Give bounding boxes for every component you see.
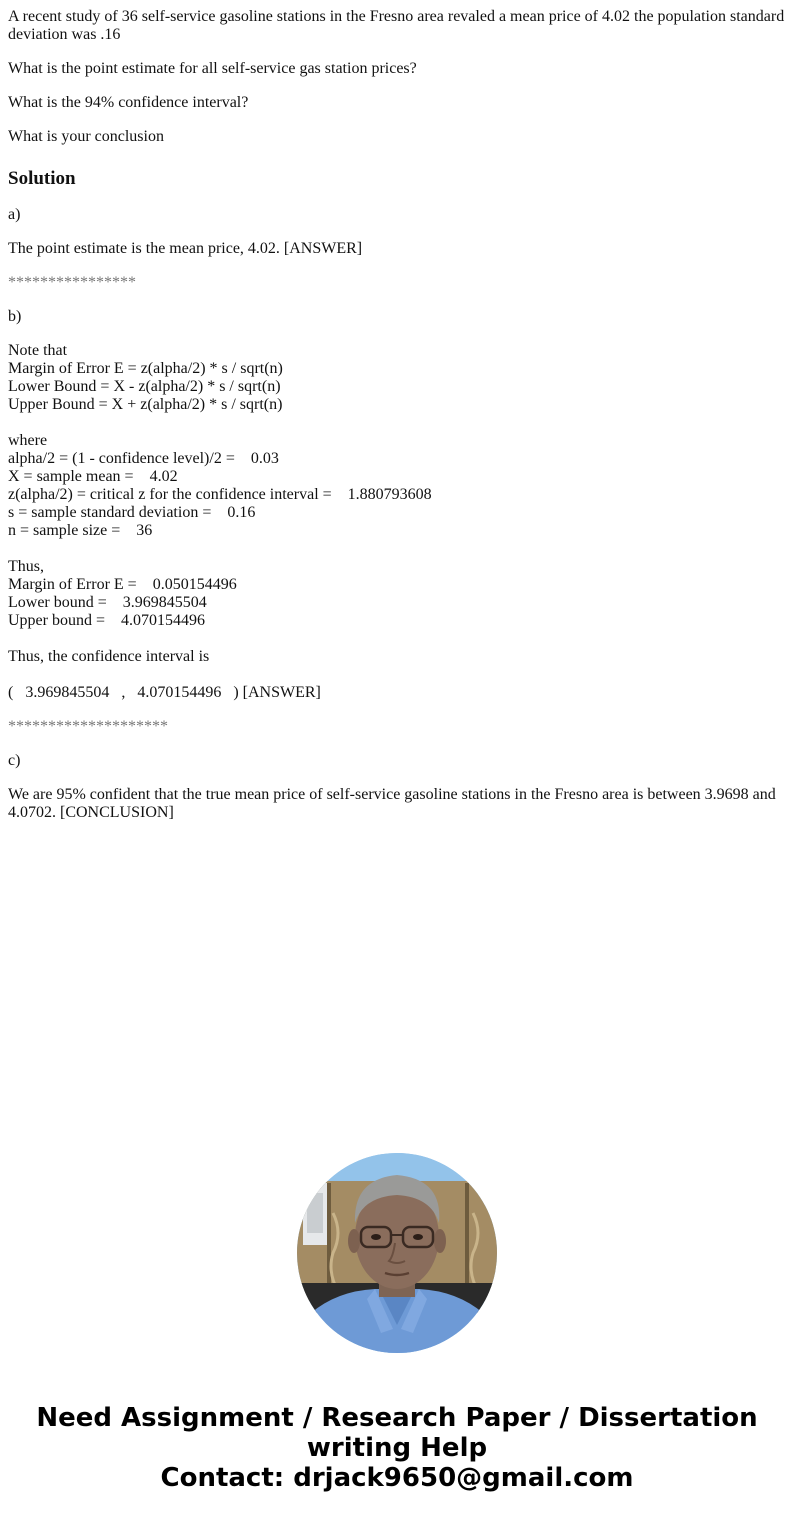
question-confidence-interval: What is the 94% confidence interval? (8, 94, 786, 112)
author-avatar (297, 1153, 497, 1353)
definition-line: n = sample size = 36 (8, 522, 786, 540)
separator: ******************** (8, 718, 786, 736)
definition-line: X = sample mean = 4.02 (8, 468, 786, 486)
results-block: Thus, Margin of Error E = 0.050154496 Lo… (8, 558, 786, 630)
promo-contact: Contact: drjack9650@gmail.com (0, 1463, 794, 1493)
solution-part-b: b) Note that Margin of Error E = z(alpha… (8, 308, 786, 736)
formula-line: Lower Bound = X - z(alpha/2) * s / sqrt(… (8, 378, 786, 396)
promo-line: Need Assignment / Research Paper / Disse… (0, 1403, 794, 1433)
result-value: 3.969845504 (123, 594, 207, 611)
part-c-label: c) (8, 752, 786, 770)
formula-line: Note that (8, 342, 786, 360)
result-line: Upper bound = 4.070154496 (8, 612, 786, 630)
solution-heading: Solution (8, 168, 786, 190)
definition-line: z(alpha/2) = critical z for the confiden… (8, 486, 786, 504)
definitions-block: where alpha/2 = (1 - confidence level)/2… (8, 432, 786, 540)
result-value: 0.050154496 (153, 576, 237, 593)
question-conclusion: What is your conclusion (8, 128, 786, 146)
formula-block: Note that Margin of Error E = z(alpha/2)… (8, 342, 786, 414)
formula-line: Margin of Error E = z(alpha/2) * s / sqr… (8, 360, 786, 378)
thus-label: Thus, (8, 558, 786, 576)
definition-line: s = sample standard deviation = 0.16 (8, 504, 786, 522)
definition-value: 0.16 (227, 504, 255, 521)
answer-tag: [ANSWER] (243, 684, 321, 701)
definition-value: 0.03 (251, 450, 279, 467)
definition-value: 4.02 (150, 468, 178, 485)
question-section: A recent study of 36 self-service gasoli… (8, 8, 786, 146)
formula-line: Upper Bound = X + z(alpha/2) * s / sqrt(… (8, 396, 786, 414)
where-label: where (8, 432, 786, 450)
separator: **************** (8, 274, 786, 292)
author-photo-icon (297, 1153, 497, 1353)
promo-line: writing Help (0, 1433, 794, 1463)
solution-part-a: a) The point estimate is the mean price,… (8, 206, 786, 292)
part-c-conclusion: We are 95% confident that the true mean … (8, 786, 786, 822)
interval-intro: Thus, the confidence interval is (8, 648, 786, 666)
definition-line: alpha/2 = (1 - confidence level)/2 = 0.0… (8, 450, 786, 468)
interval-upper: 4.070154496 (137, 684, 221, 701)
question-point-estimate: What is the point estimate for all self-… (8, 60, 786, 78)
interval-lower: 3.969845504 (25, 684, 109, 701)
solution-part-c: c) We are 95% confident that the true me… (8, 752, 786, 822)
question-statement: A recent study of 36 self-service gasoli… (8, 8, 786, 44)
part-a-answer: The point estimate is the mean price, 4.… (8, 240, 786, 258)
result-line: Margin of Error E = 0.050154496 (8, 576, 786, 594)
definition-value: 36 (136, 522, 152, 539)
confidence-interval: ( 3.969845504 , 4.070154496 ) [ANSWER] (8, 684, 786, 702)
part-b-label: b) (8, 308, 786, 326)
promo-banner: Need Assignment / Research Paper / Disse… (0, 1403, 794, 1493)
part-a-label: a) (8, 206, 786, 224)
result-line: Lower bound = 3.969845504 (8, 594, 786, 612)
result-value: 4.070154496 (121, 612, 205, 629)
document-page: A recent study of 36 self-service gasoli… (0, 0, 794, 822)
definition-value: 1.880793608 (348, 486, 432, 503)
